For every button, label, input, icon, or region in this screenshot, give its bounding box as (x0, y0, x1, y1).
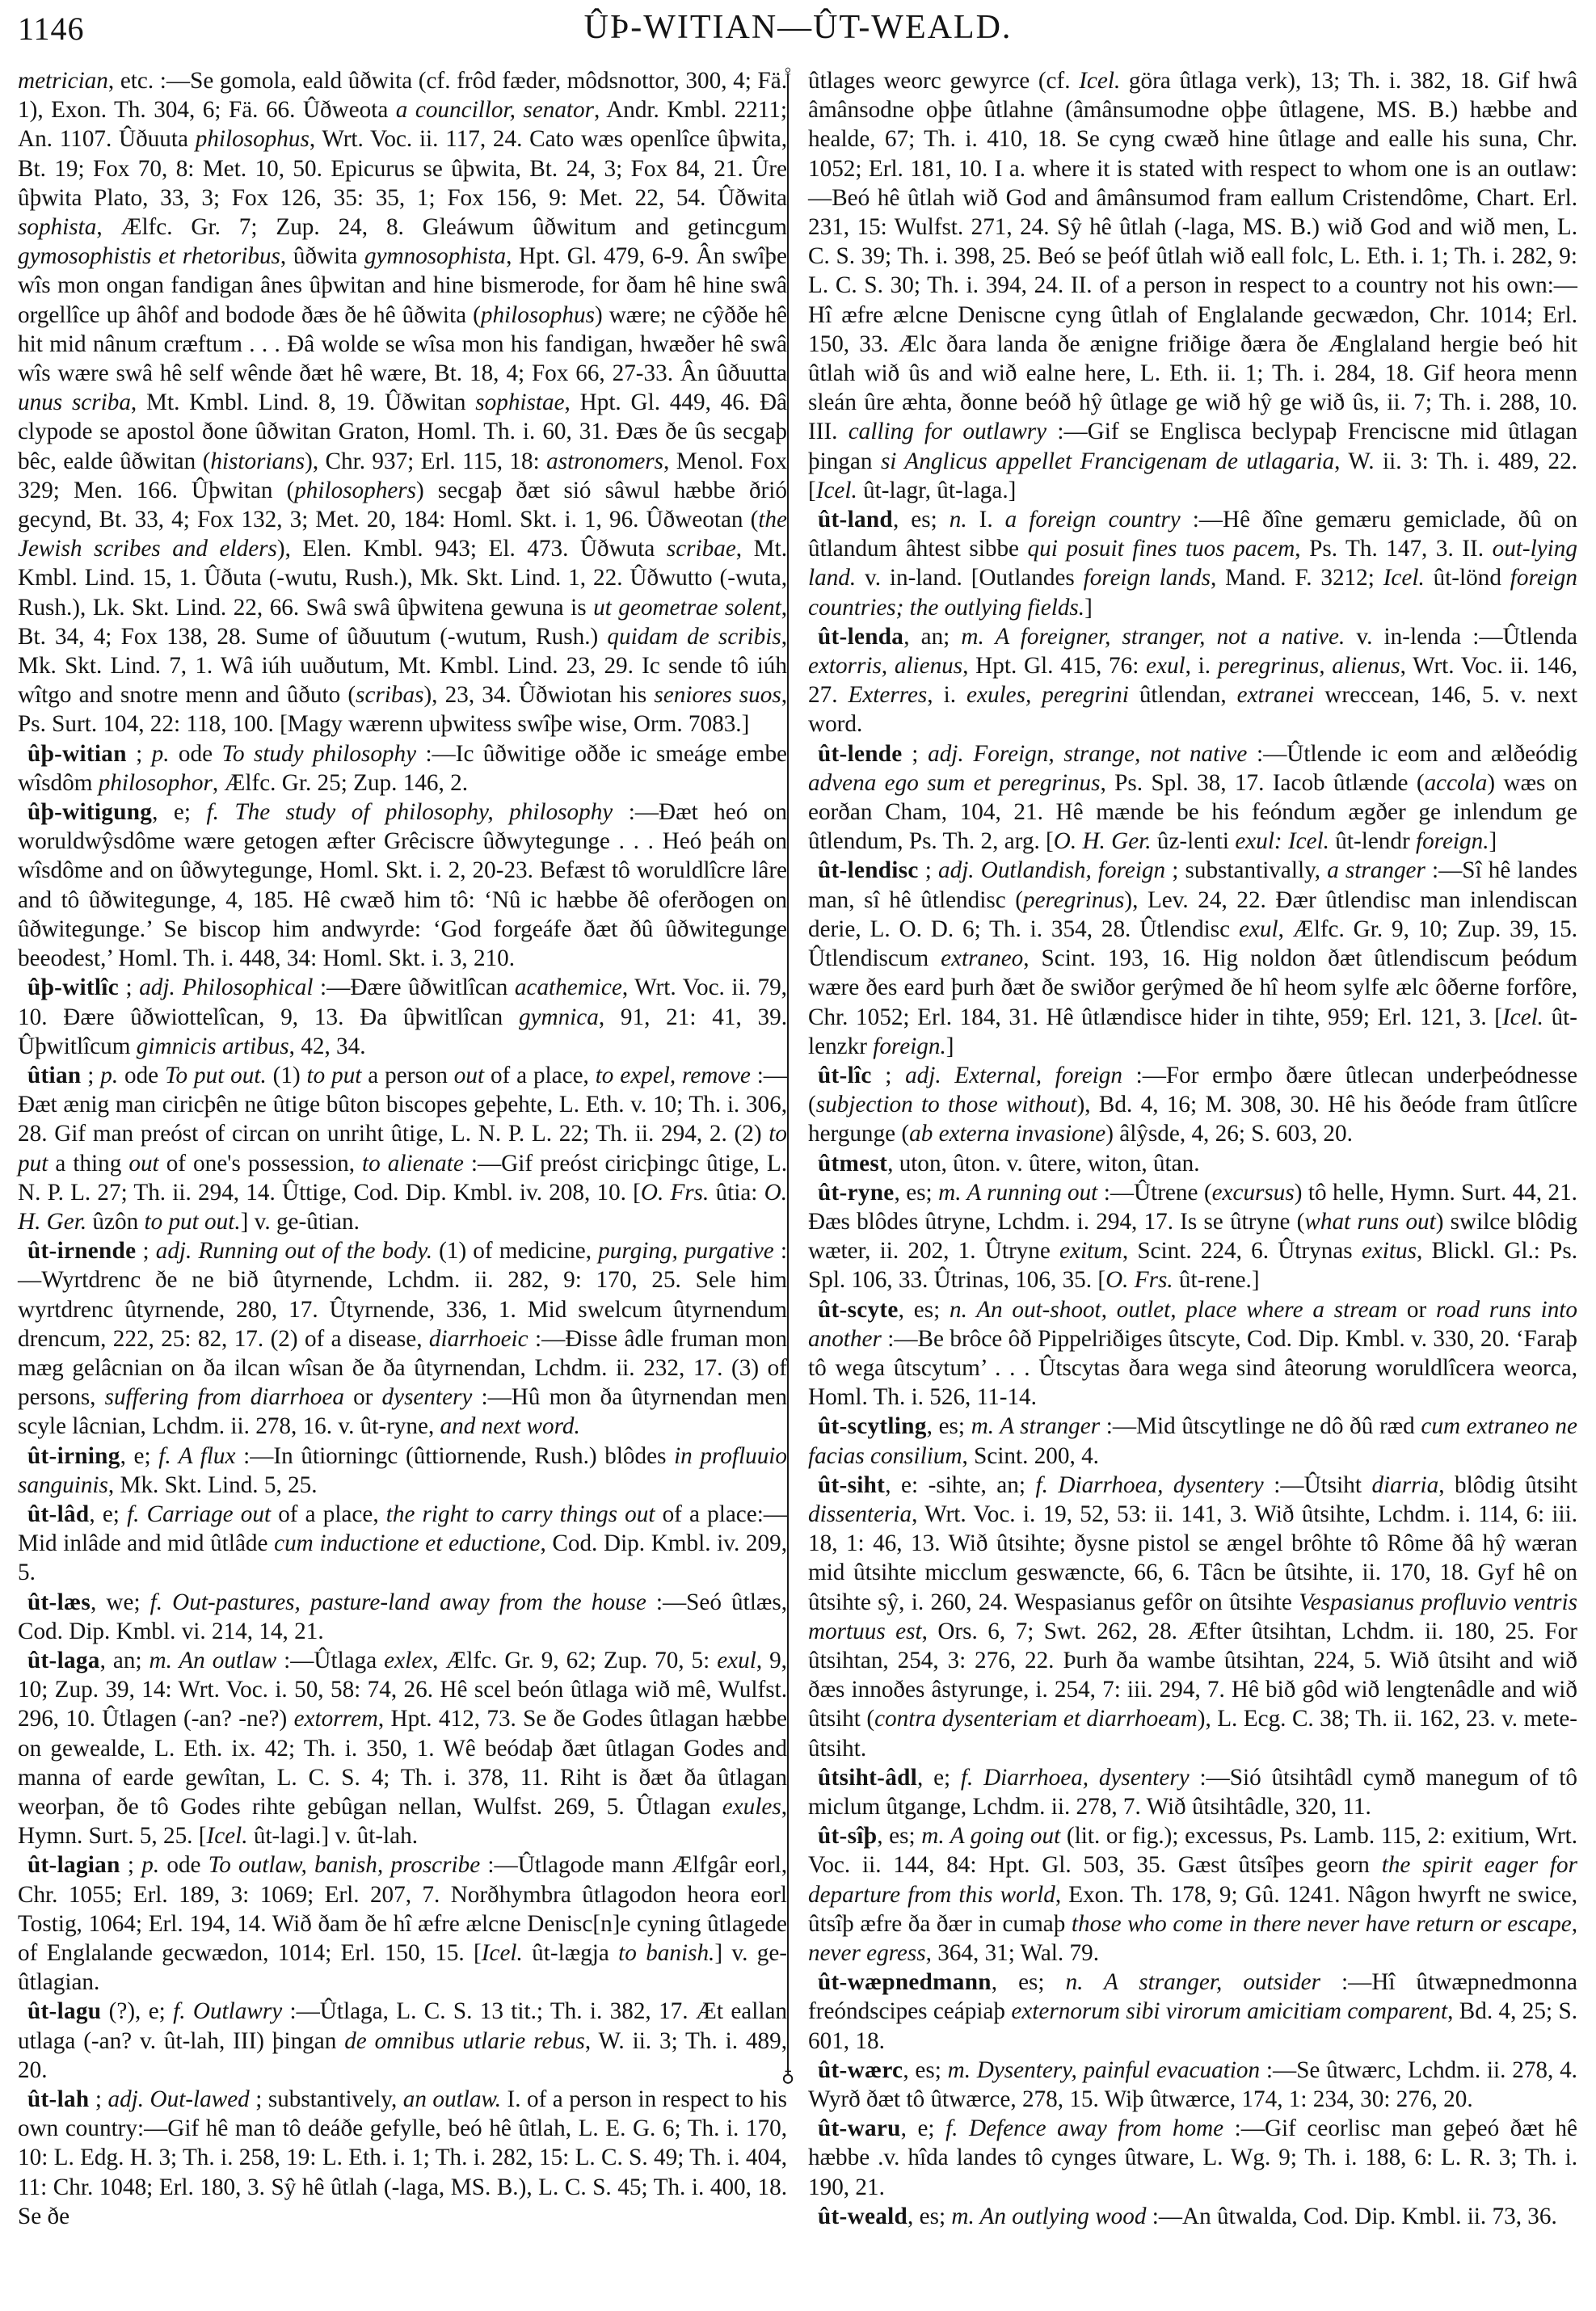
headword: ût-lenda (818, 624, 903, 650)
entry-continuation: metrician, etc. :—Se gomola, eald ûðwita… (18, 66, 787, 739)
italic-gloss: a councillor, senator (396, 97, 594, 123)
italic-gloss: f. Diarrhoea, dysentery (1035, 1472, 1263, 1498)
italic-gloss: to put (307, 1063, 362, 1088)
headword: ût-scytling (818, 1413, 927, 1439)
italic-gloss: extorris, alienus (808, 653, 962, 679)
entry-continuation: ûtlages weorc gewyrce (cf. Icel. göra ût… (808, 66, 1577, 505)
headword: ût-lendisc (818, 857, 919, 883)
dictionary-entry: ût-lendisc ; adj. Outlandish, foreign ; … (808, 856, 1577, 1060)
dictionary-entry: ût-laga, an; m. An outlaw :—Ûtlaga exlex… (18, 1646, 787, 1850)
italic-gloss: exules, peregrini (966, 682, 1129, 708)
italic-gloss: the right to carry things out (386, 1501, 655, 1527)
italic-gloss: Exterres (849, 682, 928, 708)
italic-gloss: exul (1146, 653, 1185, 679)
italic-gloss: gimnicis artibus (137, 1033, 289, 1059)
italic-gloss: and next word. (440, 1413, 580, 1439)
dictionary-entry: ût-lagu (?), e; f. Outlawry :—Ûtlaga, L.… (18, 1997, 787, 2085)
italic-gloss: the spirit eager for departure from this… (808, 1852, 1577, 1907)
italic-gloss: p. (141, 1852, 159, 1878)
italic-gloss: out (454, 1063, 484, 1088)
italic-gloss: m. An outlaw (149, 1648, 277, 1673)
headword: ût-waru (818, 2115, 901, 2141)
italic-gloss: ab externa invasione (909, 1121, 1105, 1147)
headword: ût-irnende (27, 1238, 136, 1264)
italic-gloss: accola (1425, 770, 1488, 796)
italic-gloss: m. Dysentery, painful evacuation (948, 2057, 1261, 2083)
italic-gloss: f. Carriage out (127, 1501, 271, 1527)
headword: ûtian (27, 1063, 81, 1088)
right-column: ûtlages weorc gewyrce (cf. Icel. göra ût… (808, 66, 1577, 2231)
dictionary-entry: ût-scyte, es; n. An out-shoot, outlet, p… (808, 1295, 1577, 1412)
italic-gloss: to put out. (144, 1209, 240, 1235)
headword: ût-land (818, 507, 893, 532)
headword: ût-lende (818, 741, 903, 767)
italic-gloss: exul (1239, 916, 1278, 942)
italic-gloss: diarrhoeic (429, 1326, 528, 1352)
headword: ûtsiht-âdl (818, 1765, 917, 1791)
dictionary-entry: ût-waru, e; f. Defence away from home :—… (808, 2114, 1577, 2202)
italic-gloss: seniores suos (654, 682, 781, 708)
italic-gloss: in profluuio sanguinis (18, 1443, 787, 1498)
italic-gloss: Icel. (482, 1940, 523, 1966)
dictionary-entry: ût-lâd, e; f. Carriage out of a place, t… (18, 1500, 787, 1588)
italic-gloss: peregrinus (1023, 887, 1124, 913)
italic-gloss: foreign. (1416, 828, 1489, 854)
italic-gloss: dissenteria (808, 1501, 912, 1527)
dictionary-entry: ût-irning, e; f. A flux :—In ûtiorningc … (18, 1442, 787, 1500)
headword: ût-scyte (818, 1297, 899, 1323)
headword: ût-lîc (818, 1063, 872, 1088)
italic-gloss: adj. External, foreign (905, 1063, 1122, 1088)
italic-gloss: dysentery (382, 1384, 473, 1410)
headword: ût-irning (27, 1443, 120, 1469)
italic-gloss: extranei (1237, 682, 1315, 708)
dictionary-entry: ût-lende ; adj. Foreign, strange, not na… (808, 739, 1577, 857)
headword: ût-ryne (818, 1180, 895, 1206)
italic-gloss: n. A stranger, outsider (1066, 1969, 1320, 1995)
italic-gloss: Vespasianus profluvio ventris mortuus es… (808, 1589, 1577, 1644)
italic-gloss: peregrinus, alienus (1218, 653, 1400, 679)
headword: ûþ-witigung (27, 799, 152, 825)
headword: ût-laga (27, 1648, 100, 1673)
italic-gloss: To study philosophy (221, 741, 416, 767)
dictionary-entry: ût-weald, es; m. An outlying wood :—An û… (808, 2202, 1577, 2231)
dictionary-entry: ût-siht, e: -sihte, an; f. Diarrhoea, dy… (808, 1471, 1577, 1763)
italic-gloss: excursus (1212, 1180, 1295, 1206)
italic-gloss: f. The study of philosophy, philosophy (206, 799, 613, 825)
italic-gloss: n. An out-shoot, outlet, place where a s… (950, 1297, 1397, 1323)
italic-gloss: advena ego sum et peregrinus (808, 770, 1100, 796)
headword: ût-lagu (27, 1998, 101, 2024)
italic-gloss: adj. Running out of the body. (156, 1238, 432, 1264)
italic-gloss: unus scriba (18, 389, 131, 415)
dictionary-entry: ûtmest, uton, ûton. v. ûtere, witon, ûta… (808, 1149, 1577, 1178)
headword: ût-lâd (27, 1501, 89, 1527)
italic-gloss: foreign. (873, 1033, 946, 1059)
italic-gloss: gymnica (519, 1004, 599, 1030)
italic-gloss: adj. Philosophical (139, 974, 313, 1000)
dictionary-entry: ûþ-witlîc ; adj. Philosophical :—Ðære ûð… (18, 973, 787, 1061)
italic-gloss: f. Outlawry (173, 1998, 282, 2024)
dictionary-entry: ût-lah ; adj. Out-lawed ; substantively,… (18, 2085, 787, 2231)
dictionary-entry: ûþ-witian ; p. ode To study philosophy :… (18, 739, 787, 798)
dictionary-entry: ûtsiht-âdl, e; f. Diarrhoea, dysentery :… (808, 1763, 1577, 1821)
italic-gloss: gymosophistis et rhetoribus (18, 243, 280, 269)
italic-gloss: an outlaw. (403, 2086, 501, 2112)
italic-gloss: exules (722, 1794, 781, 1820)
italic-gloss: cum inductione et eductione (274, 1530, 540, 1556)
italic-gloss: exitus (1362, 1238, 1417, 1264)
italic-gloss: m. An outlying wood (951, 2204, 1146, 2229)
italic-gloss: m. A foreigner, stranger, not a native. (961, 624, 1345, 650)
italic-gloss: O. Frs. (1105, 1267, 1173, 1293)
column-divider (787, 74, 789, 2070)
italic-gloss: to banish. (618, 1940, 714, 1966)
headword: ûþ-witian (27, 741, 127, 767)
italic-gloss: To outlaw, banish, proscribe (208, 1852, 480, 1878)
italic-gloss: acathemice (515, 974, 622, 1000)
italic-gloss: foreign lands (1084, 565, 1211, 591)
headword: ût-siht (818, 1472, 885, 1498)
headword: ût-læs (27, 1589, 91, 1615)
italic-gloss: Icel. (816, 478, 857, 503)
dictionary-entry: ût-wæpnedmann, es; n. A stranger, outsid… (808, 1968, 1577, 2056)
italic-gloss: adj. Out-lawed (107, 2086, 249, 2112)
italic-gloss: subjection to those without (816, 1092, 1077, 1118)
headword: ût-weald (818, 2204, 907, 2229)
dictionary-entry: ût-lenda, an; m. A foreigner, stranger, … (808, 622, 1577, 739)
italic-gloss: suffering from diarrhoea (105, 1384, 344, 1410)
italic-gloss: extorrem (294, 1706, 378, 1732)
italic-gloss: m. A going out (921, 1823, 1060, 1849)
italic-gloss: si Anglicus appellet Francigenam de utla… (881, 448, 1334, 474)
italic-gloss: exitum (1059, 1238, 1122, 1264)
italic-gloss: Icel. (1502, 1004, 1543, 1030)
italic-gloss: adj. Foreign, strange, not native (928, 741, 1247, 767)
italic-gloss: O. H. Ger. (1054, 828, 1152, 854)
italic-gloss: astronomers (546, 448, 663, 474)
italic-gloss: qui posuit fines tuos pacem (1028, 536, 1295, 562)
italic-gloss: sophistae (475, 389, 564, 415)
italic-gloss: what runs out (1304, 1209, 1435, 1235)
italic-gloss: calling for outlawry (849, 419, 1046, 444)
italic-gloss: f. Defence away from home (945, 2115, 1223, 2141)
headword: ût-wæpnedmann (818, 1969, 992, 1995)
italic-gloss: to alienate (362, 1151, 464, 1177)
italic-gloss: those who come in there never have retur… (808, 1911, 1577, 1966)
italic-gloss: Icel. (1079, 68, 1120, 94)
italic-gloss: ut geometrae solent (593, 595, 781, 621)
italic-gloss: f. A flux (158, 1443, 235, 1469)
italic-gloss: gymnosophista (364, 243, 506, 269)
headword: ûþ-witlîc (27, 974, 119, 1000)
running-title: ÛÞ-WITIAN—ÛT-WEALD. (0, 8, 1596, 47)
italic-gloss: philosophus (481, 302, 595, 328)
page-header: 1146 ÛÞ-WITIAN—ÛT-WEALD. (0, 0, 1596, 57)
italic-gloss: adj. Outlandish, foreign (938, 857, 1165, 883)
headword: ût-lagian (27, 1852, 120, 1878)
italic-gloss: sophista (18, 214, 96, 240)
italic-gloss: philosophor (99, 770, 213, 796)
italic-gloss: n. (950, 507, 967, 532)
dictionary-entry: ût-lîc ; adj. External, foreign :—For er… (808, 1061, 1577, 1149)
dictionary-entry: ût-land, es; n. I. a foreign country :—H… (808, 505, 1577, 622)
dictionary-entry: ût-ryne, es; m. A running out :—Ûtrene (… (808, 1178, 1577, 1295)
italic-gloss: exlex (384, 1648, 432, 1673)
headword: ût-wærc (818, 2057, 903, 2083)
italic-gloss: f. Diarrhoea, dysentery (961, 1765, 1190, 1791)
italic-gloss: Icel. (207, 1823, 248, 1849)
dictionary-entry: ûþ-witigung, e; f. The study of philosop… (18, 798, 787, 973)
italic-gloss: a foreign country (1005, 507, 1181, 532)
italic-gloss: Icel. (1383, 565, 1425, 591)
italic-gloss: philosophers (294, 478, 416, 503)
italic-gloss: scribas (356, 682, 423, 708)
italic-gloss: exul: Icel. (1235, 828, 1329, 854)
italic-gloss: de omnibus utlarie rebus (344, 2028, 585, 2054)
italic-gloss: p. (100, 1063, 118, 1088)
italic-gloss: m. A stranger (971, 1413, 1100, 1439)
italic-gloss: scribae (667, 536, 736, 562)
dictionary-entry: ût-læs, we; f. Out-pastures, pasture-lan… (18, 1588, 787, 1646)
italic-gloss: philosophus (196, 126, 310, 152)
italic-gloss: m. A running out (938, 1180, 1097, 1206)
italic-gloss: historians (210, 448, 305, 474)
italic-gloss: metrician (18, 68, 108, 94)
dictionary-entry: ût-wærc, es; m. Dysentery, painful evacu… (808, 2056, 1577, 2114)
left-column: metrician, etc. :—Se gomola, eald ûðwita… (18, 66, 787, 2231)
italic-gloss: a stranger (1327, 857, 1425, 883)
dictionary-entry: ût-lagian ; p. ode To outlaw, banish, pr… (18, 1850, 787, 1997)
dictionary-entry: ût-irnende ; adj. Running out of the bod… (18, 1236, 787, 1441)
italic-gloss: extraneo (941, 945, 1023, 971)
italic-gloss: out (128, 1151, 158, 1177)
italic-gloss: To put out. (165, 1063, 267, 1088)
italic-gloss: diarria (1371, 1472, 1438, 1498)
headword: ûtmest (818, 1151, 887, 1177)
italic-gloss: p. (152, 741, 170, 767)
italic-gloss: to expel, remove (596, 1063, 751, 1088)
headword: ût-sîþ (818, 1823, 877, 1849)
italic-gloss: O. Frs. (641, 1180, 709, 1206)
italic-gloss: exul (717, 1648, 756, 1673)
italic-gloss: contra dysenteriam et diarrhoeam (874, 1706, 1198, 1732)
italic-gloss: purging, purgative (598, 1238, 774, 1264)
dictionary-entry: ût-scytling, es; m. A stranger :—Mid ûts… (808, 1412, 1577, 1470)
italic-gloss: quidam de scribis (607, 624, 781, 650)
dictionary-entry: ûtian ; p. ode To put out. (1) to put a … (18, 1061, 787, 1236)
italic-gloss: f. Out-pastures, pasture-land away from … (150, 1589, 646, 1615)
headword: ût-lah (27, 2086, 89, 2112)
dictionary-entry: ût-sîþ, es; m. A going out (lit. or fig.… (808, 1821, 1577, 1968)
italic-gloss: externorum sibi virorum amicitiam compar… (1011, 1998, 1447, 2024)
